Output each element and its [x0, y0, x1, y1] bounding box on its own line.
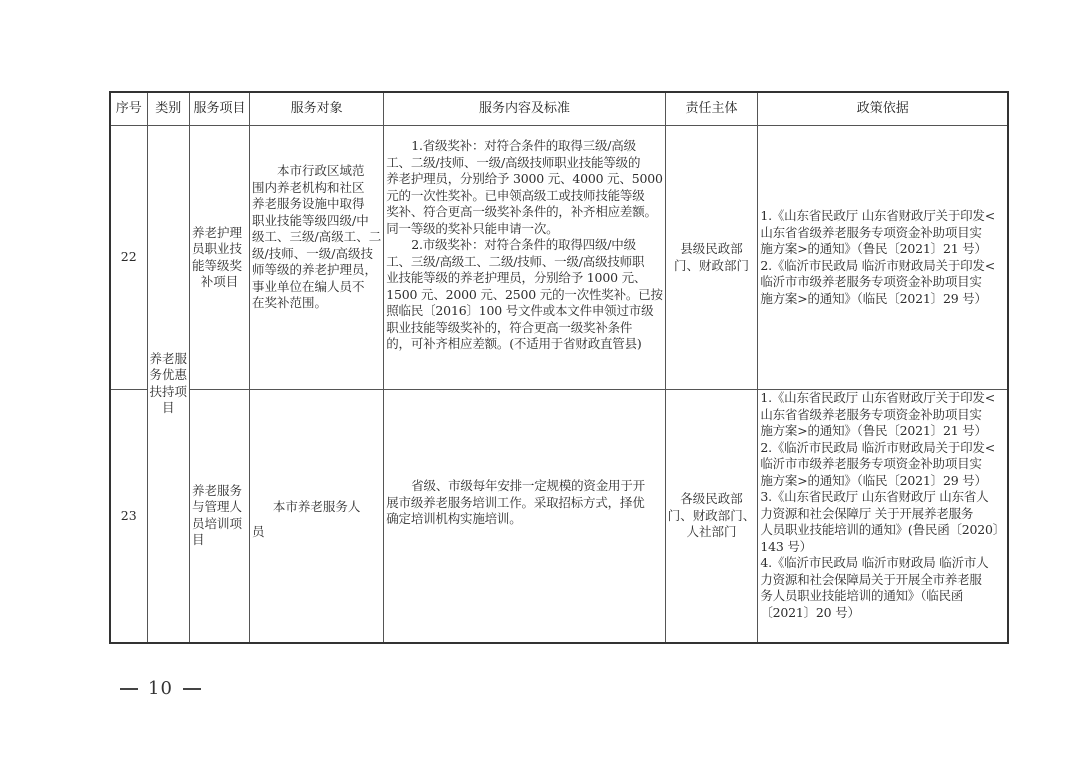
category-line: 养老服	[150, 351, 188, 368]
item-line: 目	[192, 532, 247, 549]
basis-line: 务人员职业技能培训的通知》（临民函	[760, 588, 1005, 605]
content-line: 养老护理员，分别给予 3000 元、4000 元、5000	[386, 171, 663, 188]
owner-line: 县级民政部	[668, 241, 756, 258]
content-line: 工、二级/技师、一级/高级技师职业技能等级的	[386, 155, 663, 172]
basis-line: 施方案>的通知》（鲁民〔2021〕21 号）	[760, 423, 1005, 440]
header-no: 序号	[110, 92, 147, 126]
basis-line: 1.《山东省民政厅 山东省财政厅关于印发<	[760, 390, 1005, 407]
basis-line: 1.《山东省民政厅 山东省财政厅关于印发<	[760, 208, 1005, 225]
header-policy-basis: 政策依据	[758, 92, 1008, 126]
document-page: 序号 类别 服务项目 服务对象 服务内容及标准 责任主体 政策依据 22 养老服…	[0, 0, 1080, 764]
service-item-cell: 养老服务 与管理人 员培训项 目	[190, 390, 250, 643]
item-line: 养老护理	[192, 225, 247, 242]
row-number: 22	[110, 126, 147, 390]
dash-right	[183, 688, 201, 690]
basis-line: 山东省省级养老服务专项资金补助项目实	[760, 225, 1005, 242]
target-line: 在奖补范围。	[252, 295, 381, 312]
owner-line: 门、财政部门	[668, 258, 756, 275]
content-line: 确定培训机构实施培训。	[386, 511, 663, 528]
table-row: 22 养老服 务优惠 扶持项 目 养老护理 员职业技 能等级奖 补项目 本市行政…	[110, 126, 1008, 390]
service-target-cell: 员 本市养老服务人	[250, 390, 384, 643]
item-line: 补项目	[192, 274, 247, 291]
header-category: 类别	[147, 92, 190, 126]
owner-line: 人社部门	[668, 524, 756, 541]
item-line: 员培训项	[192, 516, 247, 533]
target-line: 本市行政区域范	[252, 163, 381, 180]
basis-line: 临沂市市级养老服务专项资金补助项目实	[760, 274, 1005, 291]
policy-basis-cell: 1.《山东省民政厅 山东省财政厅关于印发< 山东省省级养老服务专项资金补助项目实…	[758, 390, 1008, 643]
responsible-party-cell: 各级民政部 门、财政部门、 人社部门	[665, 390, 758, 643]
owner-line: 门、财政部门、	[668, 508, 756, 525]
content-line: 业技能等级的养老护理员，分别给予 1000 元、	[386, 270, 663, 287]
dash-left	[120, 688, 138, 690]
basis-line: 3.《山东省民政厅 山东省财政厅 山东省人	[760, 489, 1005, 506]
item-line: 与管理人	[192, 499, 247, 516]
basis-line: 山东省省级养老服务专项资金补助项目实	[760, 407, 1005, 424]
target-line: 级/技师、一级/高级技	[252, 246, 381, 263]
target-line: 养老服务设施中取得	[252, 196, 381, 213]
table-row: 23 养老服务 与管理人 员培训项 目 员 本市养老服务人 省级、市级每年安排一…	[110, 390, 1008, 643]
basis-line: 施方案>的通知》（临民〔2021〕29 号）	[760, 291, 1005, 308]
content-line: 省级、市级每年安排一定规模的资金用于开	[386, 478, 663, 495]
target-line: 本市养老服务人	[273, 499, 361, 514]
row-number: 23	[110, 390, 147, 643]
service-content-cell: 省级、市级每年安排一定规模的资金用于开 展市级养老服务培训工作。采取招标方式，择…	[384, 390, 666, 643]
content-line: 同一等级的奖补只能申请一次。	[386, 221, 663, 238]
service-item-cell: 养老护理 员职业技 能等级奖 补项目	[190, 126, 250, 390]
category-line: 扶持项	[150, 384, 188, 401]
content-line: 工、三级/高级工、二级/技师、一级/高级技师职	[386, 254, 663, 271]
basis-line: 力资源和社会保障厅 关于开展养老服务	[760, 506, 1005, 523]
header-service-content: 服务内容及标准	[384, 92, 666, 126]
content-line: 元的一次性奖补。已申领高级工或技师技能等级	[386, 188, 663, 205]
page-number: 10	[110, 678, 211, 699]
content-line: 1.省级奖补：对符合条件的取得三级/高级	[386, 138, 663, 155]
responsible-party-cell: 县级民政部 门、财政部门	[665, 126, 758, 390]
content-line: 职业技能等级奖补的，符合更高一级奖补条件	[386, 320, 663, 337]
page-number-text: 10	[148, 678, 173, 699]
content-line: 的，可补齐相应差额。(不适用于省财政直管县)	[386, 336, 663, 353]
basis-line: 力资源和社会保障局关于开展全市养老服	[760, 572, 1005, 589]
owner-line: 各级民政部	[668, 491, 756, 508]
service-content-cell: 1.省级奖补：对符合条件的取得三级/高级 工、二级/技师、一级/高级技师职业技能…	[384, 126, 666, 390]
service-target-cell: 本市行政区域范 围内养老机构和社区 养老服务设施中取得 职业技能等级四级/中 级…	[250, 126, 384, 390]
basis-line: 4.《临沂市民政局 临沂市财政局 临沂市人	[760, 555, 1005, 572]
item-line: 养老服务	[192, 483, 247, 500]
target-line: 围内养老机构和社区	[252, 180, 381, 197]
policy-basis-cell: 1.《山东省民政厅 山东省财政厅关于印发< 山东省省级养老服务专项资金补助项目实…	[758, 126, 1008, 390]
header-service-target: 服务对象	[250, 92, 384, 126]
content-line: 展市级养老服务培训工作。采取招标方式，择优	[386, 495, 663, 512]
category-line: 务优惠	[150, 367, 188, 384]
content-line: 奖补、符合更高一级奖补条件的，补齐相应差额。	[386, 204, 663, 221]
target-line: 师等级的养老护理员，	[252, 262, 381, 279]
content-line: 2.市级奖补：对符合条件的取得四级/中级	[386, 237, 663, 254]
basis-line: 施方案>的通知》（临民〔2021〕29 号）	[760, 473, 1005, 490]
basis-line: 〔2021〕20 号）	[760, 605, 1005, 622]
header-responsible-party: 责任主体	[665, 92, 758, 126]
policy-table: 序号 类别 服务项目 服务对象 服务内容及标准 责任主体 政策依据 22 养老服…	[109, 91, 1009, 644]
target-line: 事业单位在编人员不	[252, 279, 381, 296]
target-line: 级工、三级/高级工、二	[252, 229, 381, 246]
content-line: 1500 元、2000 元、2500 元的一次性奖补。已按	[386, 287, 663, 304]
target-line: 职业技能等级四级/中	[252, 213, 381, 230]
category-cell: 养老服 务优惠 扶持项 目	[147, 126, 190, 643]
header-service-item: 服务项目	[190, 92, 250, 126]
target-overflow-char: 员	[252, 524, 265, 541]
category-line: 目	[150, 400, 188, 417]
basis-line: 临沂市市级养老服务专项资金补助项目实	[760, 456, 1005, 473]
content-line: 照临民〔2016〕100 号文件或本文件申领过市级	[386, 303, 663, 320]
basis-line: 2.《临沂市民政局 临沂市财政局关于印发<	[760, 440, 1005, 457]
basis-line: 2.《临沂市民政局 临沂市财政局关于印发<	[760, 258, 1005, 275]
basis-line: 人员职业技能培训的通知》(鲁民函〔2020〕	[760, 522, 1005, 539]
item-line: 能等级奖	[192, 258, 247, 275]
basis-line: 施方案>的通知》（鲁民〔2021〕21 号）	[760, 241, 1005, 258]
table-header-row: 序号 类别 服务项目 服务对象 服务内容及标准 责任主体 政策依据	[110, 92, 1008, 126]
item-line: 员职业技	[192, 241, 247, 258]
basis-line: 143 号）	[760, 539, 1005, 556]
